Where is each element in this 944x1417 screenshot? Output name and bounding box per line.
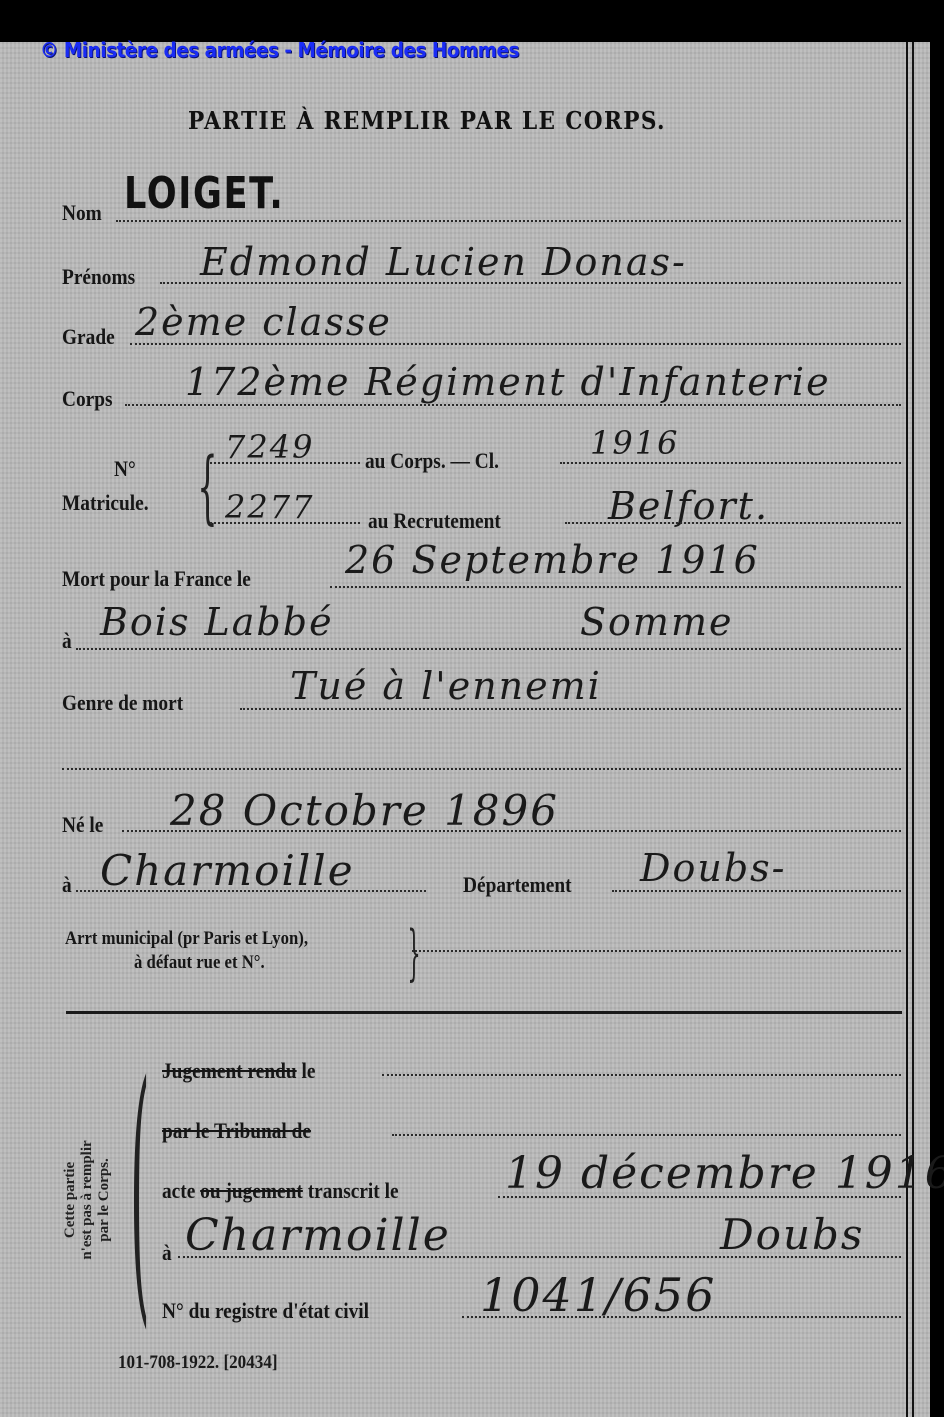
field-line [178,1256,901,1258]
field-line [330,586,901,588]
form-title: PARTIE À REMPLIR PAR LE CORPS. [188,106,666,135]
value-genre-de-mort: Tué à l'ennemi [290,664,602,708]
side-note: Cette partie n'est pas à remplir par le … [62,1100,113,1300]
field-line [160,282,901,284]
value-lieu-transcription: Charmoille [185,1210,451,1261]
value-lieu-deces: Bois Labbé [100,600,334,644]
label-departement: Département [463,872,572,898]
label-prenoms: Prénoms [62,264,135,290]
label-no: N° [114,456,136,482]
field-line [210,522,360,524]
label-acte: acte [162,1178,195,1203]
section-divider [66,1011,902,1014]
print-reference: 101-708-1922. [20434] [118,1352,278,1374]
field-line [240,708,901,710]
field-line [392,1134,901,1136]
field-line [565,522,901,524]
label-nom: Nom [62,200,102,226]
field-line [412,950,901,952]
field-line [76,890,426,892]
label-jugement-rendu: Jugement rendu le [162,1058,315,1084]
field-line [130,343,901,345]
border-line [906,42,908,1417]
field-line [462,1316,901,1318]
value-matricule-recrutement: 2277 [225,488,314,526]
value-grade: 2ème classe [135,300,392,344]
value-lieu-deces-dept: Somme [580,600,733,644]
side-note-line: Cette partie [62,1100,79,1300]
field-line-blank [62,768,901,770]
field-line [382,1074,901,1076]
label-a: à [62,628,72,654]
label-au-corps: au Corps. — Cl. [365,448,499,474]
label-au-recrutement: au Recrutement [368,508,501,534]
value-corps: 172ème Régiment d'Infanterie [185,360,831,404]
field-line [116,220,901,222]
field-line [560,462,901,464]
label-grade: Grade [62,324,115,350]
value-lieu-naissance: Charmoille [100,846,355,895]
value-registre: 1041/656 [480,1268,716,1322]
struck-text: Jugement rendu [162,1058,297,1083]
value-nom: LOIGET. [124,168,284,219]
border-line [912,42,914,1417]
label-transcrit-le: transcrit le [308,1178,399,1203]
label-matricule: Matricule. [62,490,149,516]
struck-text: par le Tribunal de [162,1118,311,1143]
label-ne-le: Né le [62,812,103,838]
label-acte-transcrit: acte ou jugement transcrit le [162,1178,399,1204]
brace: { [197,440,217,533]
field-line [122,830,901,832]
value-classe: 1916 [590,424,679,462]
struck-text: ou jugement [200,1178,303,1203]
label-tribunal: par le Tribunal de [162,1118,311,1144]
brace: } [407,918,420,988]
value-matricule-corps: 7249 [225,428,314,466]
side-note-line: par le Corps. [96,1100,113,1300]
field-line [612,890,901,892]
brace: ( [130,1050,150,1330]
side-note-line: n'est pas à remplir [79,1100,96,1300]
field-line [125,404,901,406]
label-a-transcription: à [162,1240,172,1266]
field-line [498,1196,901,1198]
copyright-watermark: © Ministère des armées - Mémoire des Hom… [40,38,519,62]
value-prenoms: Edmond Lucien Donas- [200,240,687,284]
label-registre: N° du registre d'état civil [162,1298,369,1324]
value-date-naissance: 28 Octobre 1896 [170,786,559,835]
label-corps: Corps [62,386,113,412]
label-le: le [301,1058,315,1083]
value-dept-transcription: Doubs [720,1210,864,1259]
label-a-naissance: à [62,872,72,898]
field-line [210,462,360,464]
value-date-deces: 26 Septembre 1916 [345,538,760,582]
value-date-transcription: 19 décembre 1916 [505,1148,944,1199]
value-departement: Doubs- [640,846,786,890]
label-genre-de-mort: Genre de mort [62,690,183,716]
label-arr-municipal: Arrt municipal (pr Paris et Lyon), [65,928,308,950]
label-arr-municipal-2: à défaut rue et N°. [134,952,265,974]
label-mort-pour-la-france: Mort pour la France le [62,566,251,592]
field-line [76,648,901,650]
